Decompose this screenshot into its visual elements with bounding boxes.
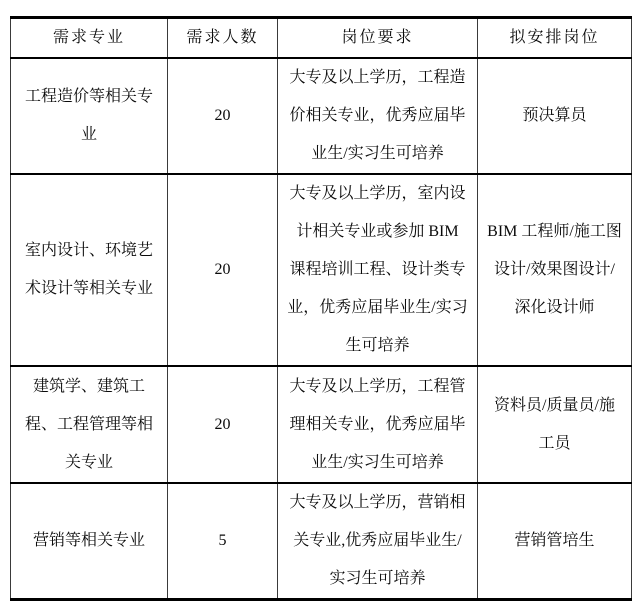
cell-position: BIM 工程师/施工图设计/效果图设计/深化设计师 [478,174,632,366]
cell-count: 20 [168,174,278,366]
cell-requirements: 大专及以上学历，工程管理相关专业，优秀应届毕业生/实习生可培养 [278,366,478,483]
cell-count: 20 [168,58,278,174]
cell-position: 营销管培生 [478,483,632,600]
cell-major: 建筑学、建筑工程、工程管理等相关专业 [11,366,168,483]
header-cell-position: 拟安排岗位 [478,18,632,59]
header-cell-count: 需求人数 [168,18,278,59]
cell-major: 工程造价等相关专业 [11,58,168,174]
recruitment-table: 需求专业 需求人数 岗位要求 拟安排岗位 工程造价等相关专业 20 大专及以上学… [10,16,632,600]
document-page: 需求专业 需求人数 岗位要求 拟安排岗位 工程造价等相关专业 20 大专及以上学… [10,16,632,600]
table-body: 工程造价等相关专业 20 大专及以上学历，工程造价相关专业，优秀应届毕业生/实习… [11,58,632,600]
cell-position: 预决算员 [478,58,632,174]
cell-major: 营销等相关专业 [11,483,168,600]
table-row: 建筑学、建筑工程、工程管理等相关专业 20 大专及以上学历，工程管理相关专业，优… [11,366,632,483]
cell-requirements: 大专及以上学历，营销相关专业,优秀应届毕业生/实习生可培养 [278,483,478,600]
cell-count: 5 [168,483,278,600]
cell-major: 室内设计、环境艺术设计等相关专业 [11,174,168,366]
header-cell-requirements: 岗位要求 [278,18,478,59]
table-row: 室内设计、环境艺术设计等相关专业 20 大专及以上学历，室内设计相关专业或参加 … [11,174,632,366]
table-row: 工程造价等相关专业 20 大专及以上学历，工程造价相关专业，优秀应届毕业生/实习… [11,58,632,174]
table-row: 营销等相关专业 5 大专及以上学历，营销相关专业,优秀应届毕业生/实习生可培养 … [11,483,632,600]
cell-count: 20 [168,366,278,483]
cell-requirements: 大专及以上学历，工程造价相关专业，优秀应届毕业生/实习生可培养 [278,58,478,174]
cell-position: 资料员/质量员/施工员 [478,366,632,483]
header-row: 需求专业 需求人数 岗位要求 拟安排岗位 [11,18,632,59]
header-cell-major: 需求专业 [11,18,168,59]
table-header: 需求专业 需求人数 岗位要求 拟安排岗位 [11,18,632,59]
cell-requirements: 大专及以上学历，室内设计相关专业或参加 BIM 课程培训工程、设计类专业，优秀应… [278,174,478,366]
